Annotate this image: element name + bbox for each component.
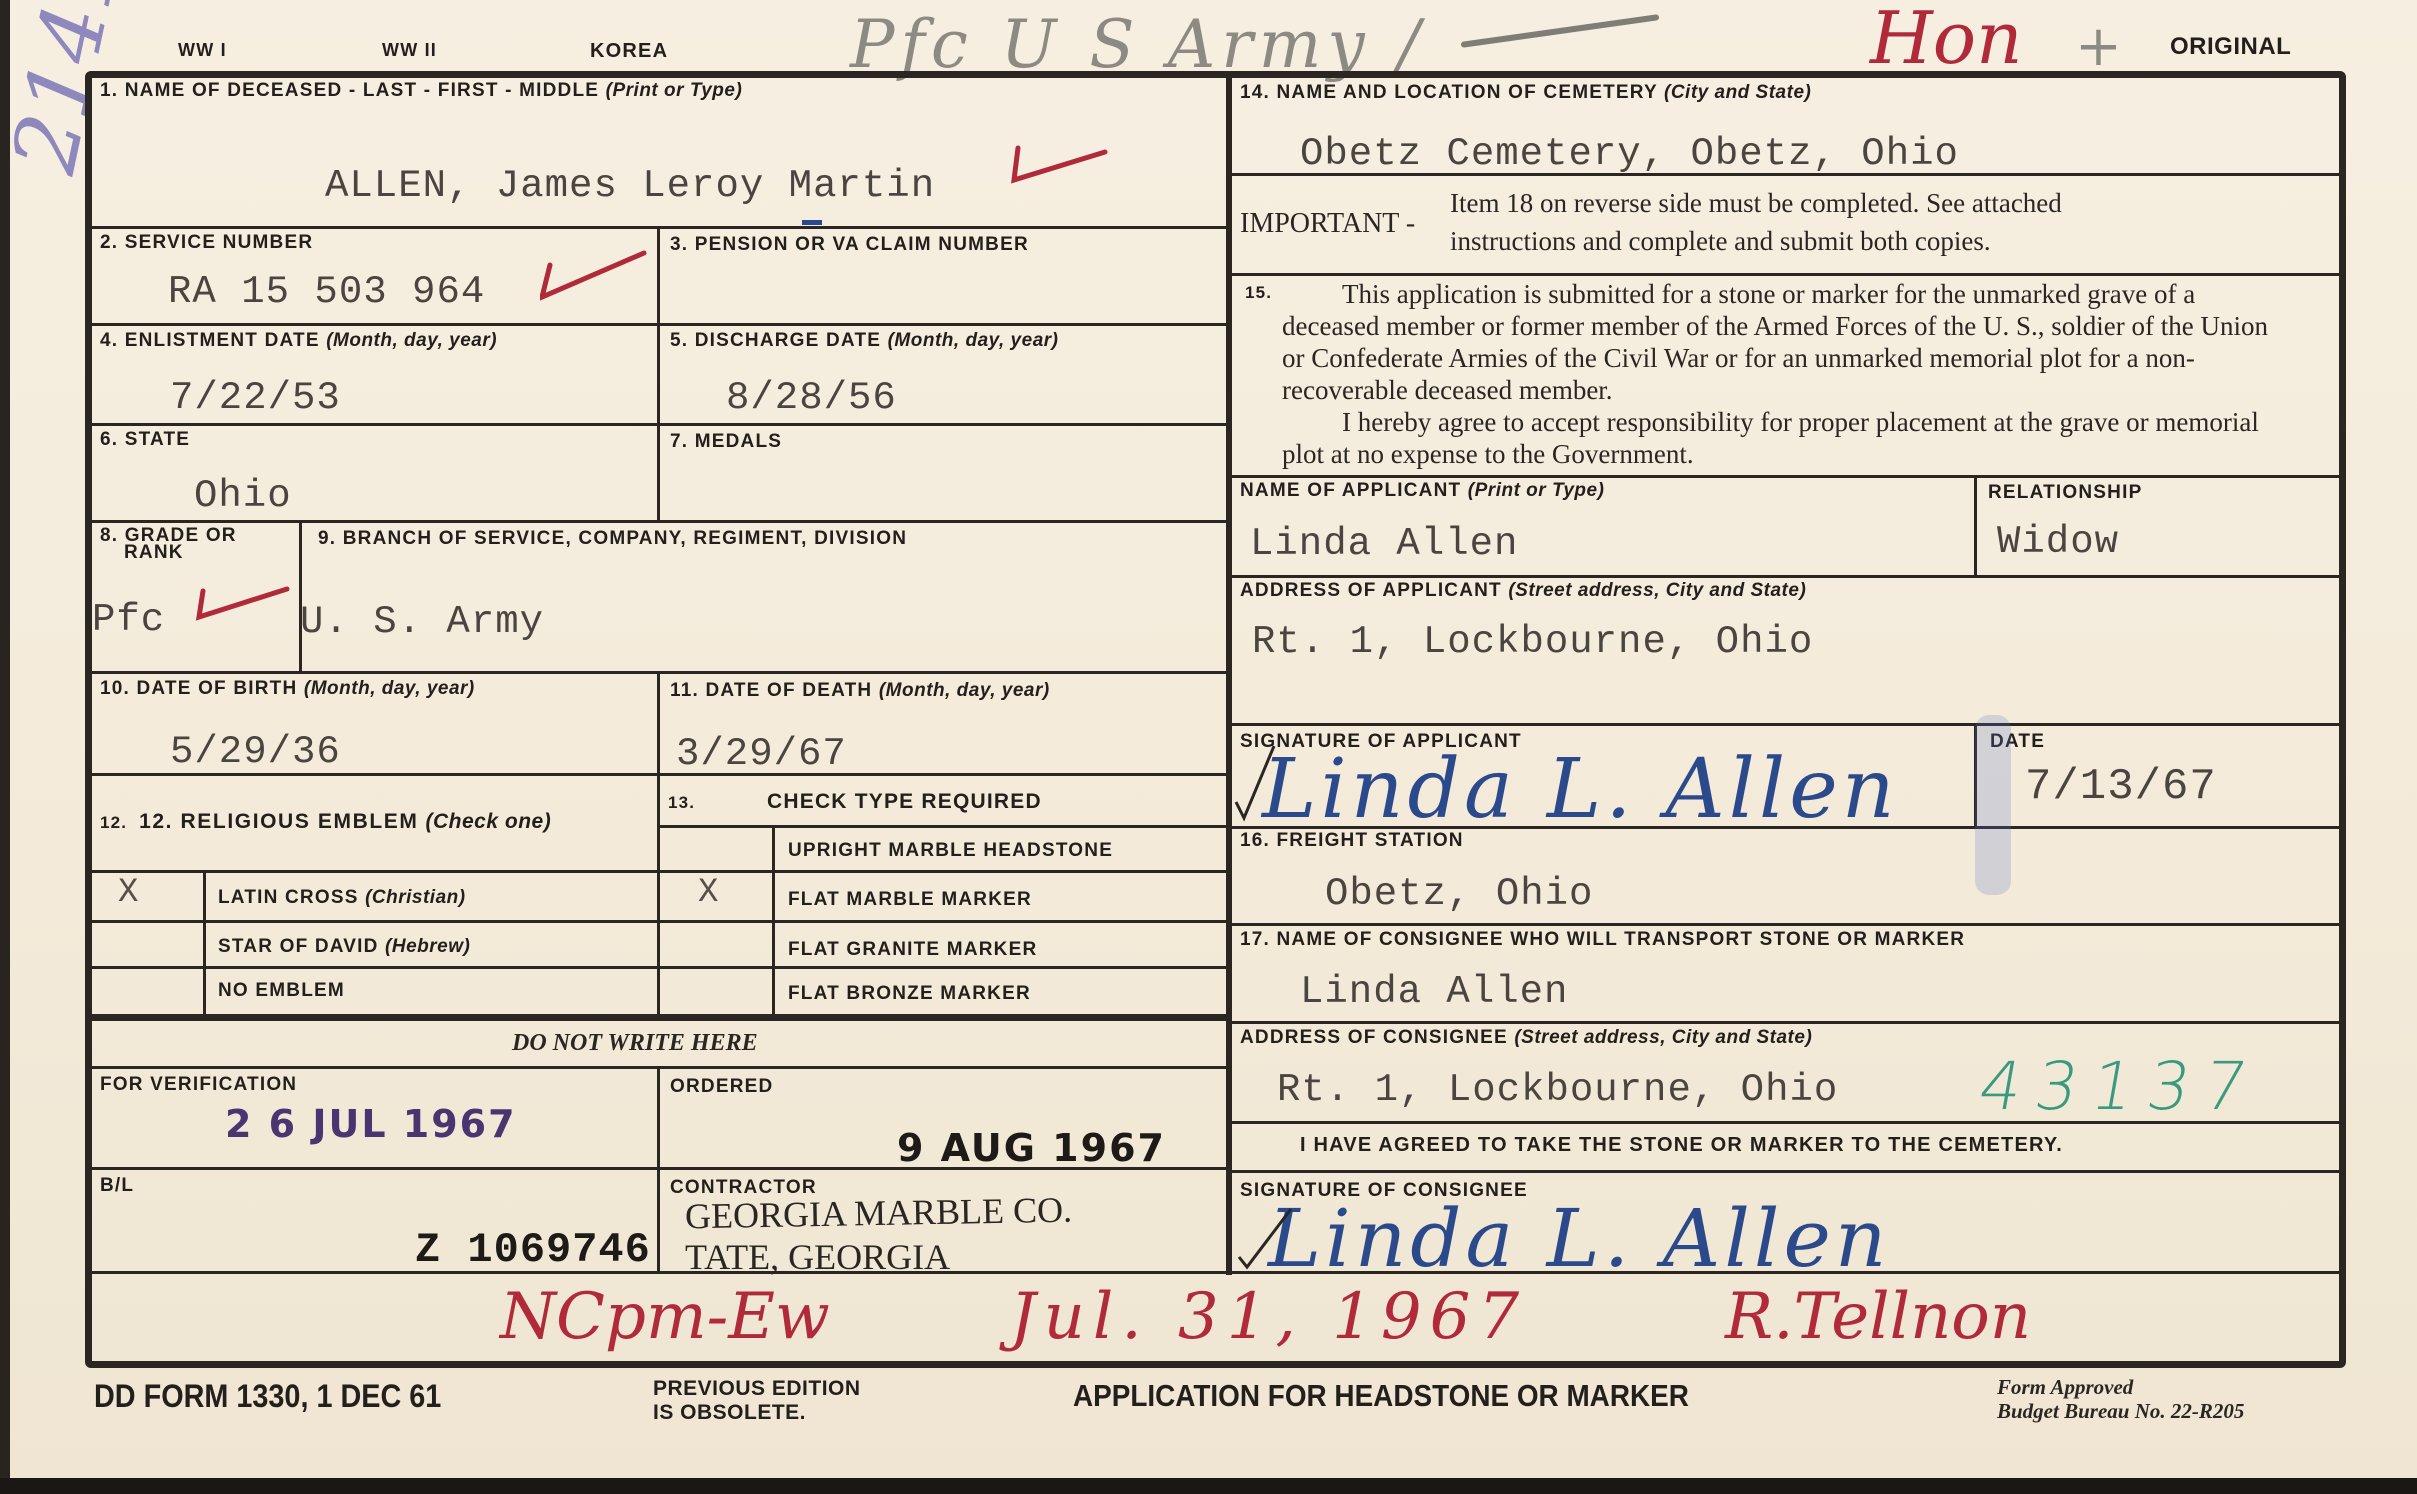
type-option-flat-bronze[interactable]: FLAT BRONZE MARKER (788, 983, 1031, 1005)
enlistment-date[interactable]: 7/22/53 (170, 376, 341, 420)
type-option-flat-granite[interactable]: FLAT GRANITE MARKER (788, 939, 1037, 961)
red-check-icon (195, 583, 295, 628)
branch-value[interactable]: U. S. Army (300, 600, 544, 644)
pencil-check-icon (1235, 1205, 1295, 1275)
rule (1229, 723, 2343, 726)
consignee-address-label: ADDRESS OF CONSIGNEE (Street address, Ci… (1240, 1027, 1812, 1049)
pencil-mark-top: + (2075, 14, 2122, 79)
cemetery-value[interactable]: Obetz Cemetery, Obetz, Ohio (1300, 132, 1959, 176)
red-check-icon (540, 245, 650, 305)
scan-edge-bottom (0, 1478, 2417, 1494)
scan-edge-left (0, 0, 10, 1494)
consignee-signature[interactable]: Linda L. Allen (1268, 1192, 1890, 1285)
applicant-name[interactable]: Linda Allen (1250, 522, 1518, 566)
emblem-option-latin-cross[interactable]: LATIN CROSS (Christian) (218, 887, 466, 909)
emblem-label: 12. 12. RELIGIOUS EMBLEM (Check one) (100, 810, 551, 834)
red-annotation-code: NCpm-Ew (500, 1280, 830, 1354)
red-annotation-initials: R.Tellnon (1725, 1280, 2031, 1354)
type-label: CHECK TYPE REQUIRED (767, 790, 1042, 814)
discharge-date[interactable]: 8/28/56 (726, 376, 897, 420)
death-date[interactable]: 3/29/67 (676, 732, 847, 776)
emblem-option-star-of-david[interactable]: STAR OF DAVID (Hebrew) (218, 936, 470, 958)
statement-number: 15. (1245, 283, 1272, 303)
rule (1974, 475, 1977, 576)
ordered-stamp: 9 AUG 1967 (897, 1126, 1166, 1170)
grade-value[interactable]: Pfc (92, 598, 165, 642)
service-number-label: 2. SERVICE NUMBER (100, 232, 313, 254)
rule (657, 671, 660, 1016)
rule (1229, 575, 2343, 578)
red-annotation-top: Hon (1870, 0, 2023, 80)
blue-ink-mark (802, 220, 822, 225)
name-label: 1. NAME OF DECEASED - LAST - FIRST - MID… (100, 80, 742, 102)
grade-label: 8. GRADE ORRANK (100, 527, 237, 561)
enlistment-label: 4. ENLISTMENT DATE (Month, day, year) (100, 330, 497, 352)
deceased-name[interactable]: ALLEN, James Leroy Martin (325, 164, 935, 208)
rule (1229, 923, 2343, 926)
pension-label: 3. PENSION OR VA CLAIM NUMBER (670, 234, 1029, 256)
state-label: 6. STATE (100, 429, 190, 451)
state-value[interactable]: Ohio (194, 474, 292, 518)
type-mark-flat-marble[interactable]: X (698, 874, 719, 912)
important-line-2: instructions and complete and submit bot… (1450, 226, 1991, 257)
applicant-date[interactable]: 7/13/67 (2025, 762, 2217, 812)
faint-blue-stamp (1975, 715, 2011, 895)
branch-label: 9. BRANCH OF SERVICE, COMPANY, REGIMENT,… (318, 528, 907, 550)
contractor-name: GEORGIA MARBLE CO. (685, 1189, 1073, 1238)
statement-paragraph-2: I hereby agree to accept responsibility … (1282, 406, 2292, 470)
rule (299, 520, 302, 672)
service-number[interactable]: RA 15 503 964 (168, 270, 485, 314)
rule (772, 825, 775, 1015)
war-ww2: WW II (382, 40, 437, 61)
form-id: DD FORM 1330, 1 DEC 61 (94, 1378, 441, 1415)
birth-label: 10. DATE OF BIRTH (Month, day, year) (100, 678, 475, 700)
cemetery-label: 14. NAME AND LOCATION OF CEMETERY (City … (1240, 82, 1811, 104)
rule (657, 1066, 660, 1272)
death-label: 11. DATE OF DEATH (Month, day, year) (670, 680, 1050, 702)
rule (1229, 475, 2343, 478)
consignee-name[interactable]: Linda Allen (1300, 970, 1568, 1014)
red-check-icon (1010, 140, 1110, 190)
pencil-check-icon (1232, 742, 1277, 822)
bl-label: B/L (100, 1175, 134, 1197)
type-option-flat-marble[interactable]: FLAT MARBLE MARKER (788, 889, 1032, 911)
important-line-1: Item 18 on reverse side must be complete… (1450, 188, 2062, 219)
previous-edition-note: PREVIOUS EDITIONIS OBSOLETE. (653, 1377, 861, 1425)
rule (1229, 273, 2343, 276)
rule (1229, 1021, 2343, 1024)
ordered-label: ORDERED (670, 1076, 773, 1098)
important-label: IMPORTANT - (1240, 208, 1415, 240)
form-title: APPLICATION FOR HEADSTONE OR MARKER (1073, 1378, 1689, 1414)
rule (203, 870, 206, 1015)
war-korea: KOREA (590, 40, 668, 63)
bl-number: Z 1069746 (415, 1226, 651, 1274)
type-option-upright-marble[interactable]: UPRIGHT MARBLE HEADSTONE (788, 840, 1113, 862)
applicant-address[interactable]: Rt. 1, Lockbourne, Ohio (1252, 620, 1813, 664)
statement-paragraph-1: This application is submitted for a ston… (1282, 278, 2292, 406)
emblem-mark-latin-cross[interactable]: X (118, 874, 139, 912)
red-annotation-date: Jul. 31, 1967 (1010, 1280, 1527, 1354)
relationship-value[interactable]: Widow (1997, 520, 2119, 564)
emblem-option-no-emblem[interactable]: NO EMBLEM (218, 980, 345, 1002)
applicant-signature[interactable]: Linda L. Allen (1262, 742, 1899, 837)
rule (1229, 1170, 2343, 1173)
applicant-address-label: ADDRESS OF APPLICANT (Street address, Ci… (1240, 580, 1806, 602)
type-number: 13. (668, 793, 695, 813)
freight-label: 16. FREIGHT STATION (1240, 830, 1464, 852)
discharge-label: 5. DISCHARGE DATE (Month, day, year) (670, 330, 1058, 352)
rule (657, 226, 660, 522)
verification-stamp: 2 6 JUL 1967 (225, 1102, 517, 1146)
contractor-location: TATE, GEORGIA (685, 1236, 950, 1278)
war-ww1: WW I (178, 40, 227, 61)
consignee-name-label: 17. NAME OF CONSIGNEE WHO WILL TRANSPORT… (1240, 929, 1965, 951)
office-use-title: DO NOT WRITE HERE (512, 1030, 758, 1057)
applicant-name-label: NAME OF APPLICANT (Print or Type) (1240, 480, 1604, 502)
approval-note: Form ApprovedBudget Bureau No. 22-R205 (1997, 1375, 2244, 1423)
relationship-label: RELATIONSHIP (1988, 482, 2142, 504)
verification-label: FOR VERIFICATION (100, 1074, 297, 1096)
green-code-annotation: 43137 (1973, 1048, 2267, 1125)
consignee-agreement: I HAVE AGREED TO TAKE THE STONE OR MARKE… (1300, 1134, 2063, 1157)
copy-label: ORIGINAL (2170, 33, 2291, 61)
medals-label: 7. MEDALS (670, 431, 782, 453)
freight-value[interactable]: Obetz, Ohio (1325, 872, 1593, 916)
rule (658, 825, 1228, 828)
consignee-address[interactable]: Rt. 1, Lockbourne, Ohio (1277, 1068, 1838, 1112)
birth-date[interactable]: 5/29/36 (170, 730, 341, 774)
